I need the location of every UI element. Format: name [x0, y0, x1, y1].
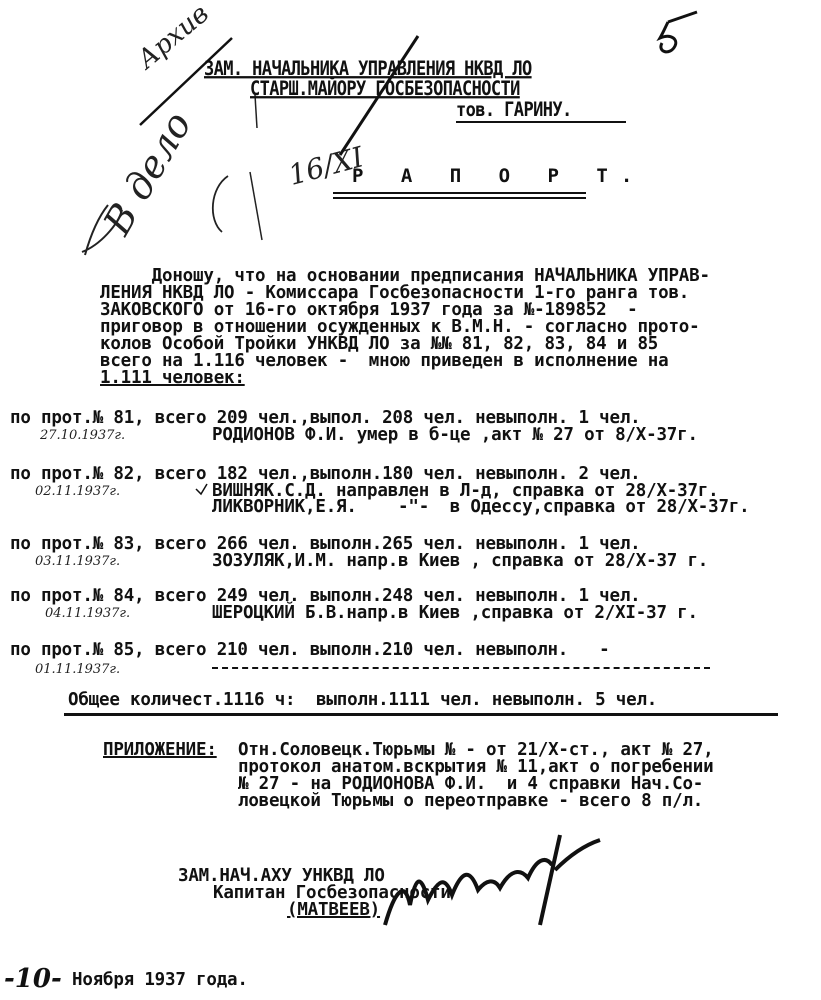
total-underline [64, 713, 778, 716]
document-title: Р А П О Р Т. [352, 168, 645, 185]
protocol-82-date: 02.11.1937г. [35, 484, 120, 499]
signature-scrawl [385, 835, 600, 925]
page-number: 5 [658, 8, 683, 54]
protocol-81-note: РОДИОНОВ Ф.И. умер в б-це ,акт № 27 от 8… [212, 427, 698, 444]
signature-name: (МАТВЕЕВ) [287, 902, 380, 919]
title-underline-2 [333, 197, 586, 199]
total-summary: Общее количест.1116 ч: выполн.1111 чел. … [68, 692, 657, 709]
addressee-line-2: СТАРШ.МАЙОРУ ГОСБЕЗОПАСНОСТИ [250, 80, 520, 100]
appendix-label: ПРИЛОЖЕНИЕ: [103, 742, 217, 759]
addressee-underline [456, 121, 626, 123]
protocol-81-date: 27.10.1937г. [40, 428, 125, 443]
protocol-83-note: ЗОЗУЛЯК,И.М. напр.в Киев , справка от 28… [212, 553, 708, 570]
protocol-84-note: ШЕРОЦКИЙ Б.В.напр.в Киев ,справка от 2/X… [212, 605, 698, 622]
protocol-85: по прот.№ 85, всего 210 чел. выполн.210 … [10, 642, 609, 659]
dashed-separator [212, 667, 710, 669]
body-line: 1.111 человек: [100, 370, 245, 387]
footer-day-handwritten: -10- [4, 964, 62, 994]
protocol-82-note-2: ЛИКВОРНИК,Е.Я. -"- в Одессу,справка от 2… [212, 499, 749, 516]
protocol-83-date: 03.11.1937г. [35, 554, 120, 569]
title-underline-1 [333, 192, 586, 194]
addressee-line-1: ЗАМ. НАЧАЛЬНИКА УПРАВЛЕНИЯ НКВД ЛО [204, 60, 532, 80]
footer-date: Ноября 1937 года. [72, 972, 248, 989]
protocol-84-date: 04.11.1937г. [45, 606, 130, 621]
appendix-line: ловецкой Тюрьмы о переотправке - всего 8… [238, 793, 703, 810]
protocol-85-date: 01.11.1937г. [35, 662, 120, 677]
addressee-line-3: тов. ГАРИНУ. [456, 101, 572, 121]
